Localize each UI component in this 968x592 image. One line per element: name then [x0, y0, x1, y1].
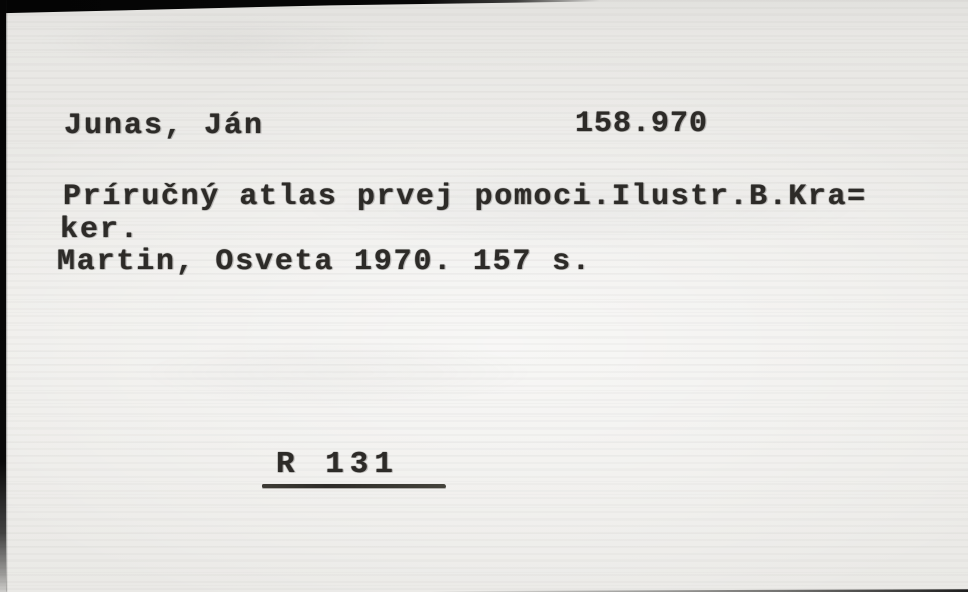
title-line-2: ker. — [60, 213, 140, 247]
catalog-card-scan: Junas, Ján 158.970 Príručný atlas prvej … — [0, 0, 968, 592]
scan-edge-left — [0, 0, 6, 592]
shelf-mark-underline — [262, 484, 446, 488]
paper-noise-overlay — [0, 0, 968, 592]
shelf-mark: R 131 — [276, 447, 399, 482]
title-line-1: Príručný atlas prvej pomoci.Ilustr.B.Kra… — [63, 180, 867, 214]
author-heading: Junas, Ján — [64, 109, 264, 143]
scan-edge-top — [0, 0, 600, 14]
imprint-line: Martin, Osveta 1970. 157 s. — [57, 245, 592, 279]
call-number: 158.970 — [575, 107, 708, 141]
scan-edge-bottom — [430, 588, 968, 592]
